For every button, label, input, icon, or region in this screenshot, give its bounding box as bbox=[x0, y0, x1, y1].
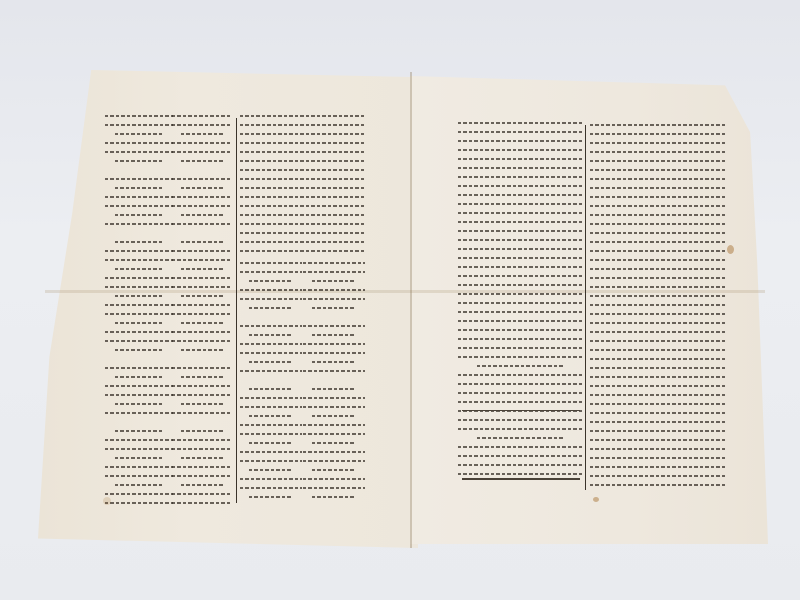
text-line bbox=[240, 316, 302, 318]
text-line bbox=[590, 169, 725, 171]
text-line bbox=[458, 302, 583, 304]
text-line bbox=[172, 421, 232, 423]
text-line bbox=[590, 403, 725, 405]
text-line bbox=[458, 257, 583, 259]
text-line bbox=[172, 466, 232, 468]
text-line bbox=[115, 484, 163, 486]
text-line bbox=[458, 338, 583, 340]
text-line bbox=[303, 424, 365, 426]
text-line bbox=[590, 196, 725, 198]
text-line bbox=[105, 475, 173, 477]
text-line bbox=[240, 169, 365, 171]
text-line bbox=[590, 268, 725, 270]
text-line bbox=[181, 295, 223, 297]
right-col-left bbox=[458, 122, 583, 490]
text-line bbox=[458, 167, 583, 169]
text-line bbox=[477, 437, 565, 439]
text-line bbox=[172, 502, 232, 504]
text-line bbox=[590, 376, 725, 378]
text-line bbox=[590, 187, 725, 189]
text-line bbox=[458, 401, 583, 403]
text-line bbox=[312, 415, 355, 417]
text-line bbox=[303, 397, 365, 399]
text-line bbox=[590, 349, 725, 351]
text-line bbox=[458, 446, 583, 448]
text-line bbox=[303, 406, 365, 408]
text-line bbox=[458, 356, 583, 358]
text-line bbox=[590, 421, 725, 423]
text-line bbox=[105, 142, 173, 144]
text-line bbox=[172, 259, 232, 261]
text-line bbox=[458, 230, 583, 232]
text-line bbox=[105, 304, 173, 306]
text-line bbox=[105, 277, 173, 279]
text-line bbox=[105, 205, 173, 207]
text-line bbox=[181, 403, 223, 405]
text-line bbox=[105, 358, 173, 360]
text-line bbox=[240, 160, 365, 162]
text-line bbox=[240, 205, 365, 207]
text-line bbox=[115, 160, 163, 162]
text-line bbox=[105, 259, 173, 261]
text-line bbox=[590, 313, 725, 315]
text-line bbox=[303, 487, 365, 489]
text-line bbox=[172, 412, 232, 414]
text-line bbox=[249, 361, 292, 363]
text-line bbox=[590, 250, 725, 252]
text-line bbox=[458, 149, 583, 151]
text-line bbox=[105, 115, 173, 117]
text-line bbox=[249, 469, 292, 471]
text-line bbox=[458, 275, 583, 277]
text-line bbox=[590, 430, 725, 432]
text-line bbox=[172, 178, 232, 180]
text-line bbox=[240, 250, 365, 252]
text-line bbox=[105, 367, 173, 369]
text-line bbox=[590, 358, 725, 360]
text-line bbox=[590, 241, 725, 243]
text-line bbox=[172, 385, 232, 387]
text-line bbox=[590, 151, 725, 153]
text-line bbox=[590, 304, 725, 306]
text-line bbox=[458, 347, 583, 349]
text-line bbox=[105, 493, 173, 495]
text-line bbox=[172, 115, 232, 117]
text-line bbox=[172, 448, 232, 450]
text-line bbox=[458, 455, 583, 457]
text-line bbox=[312, 307, 355, 309]
text-line bbox=[172, 340, 232, 342]
text-line bbox=[458, 383, 583, 385]
text-line bbox=[458, 185, 583, 187]
text-line bbox=[181, 322, 223, 324]
text-line bbox=[172, 205, 232, 207]
text-line bbox=[240, 451, 302, 453]
left-col-3-prose bbox=[240, 115, 365, 260]
text-line bbox=[240, 214, 365, 216]
text-line bbox=[303, 343, 365, 345]
text-line bbox=[240, 298, 302, 300]
text-line bbox=[590, 277, 725, 279]
section-divider bbox=[462, 410, 580, 411]
text-line bbox=[590, 412, 725, 414]
text-line bbox=[458, 311, 583, 313]
text-line bbox=[240, 232, 365, 234]
foxing-stain bbox=[727, 245, 734, 254]
text-line bbox=[181, 376, 223, 378]
text-line bbox=[590, 340, 725, 342]
text-line bbox=[458, 293, 583, 295]
text-line bbox=[105, 412, 173, 414]
text-line bbox=[303, 451, 365, 453]
text-line bbox=[172, 223, 232, 225]
text-line bbox=[249, 442, 292, 444]
text-line bbox=[105, 313, 173, 315]
text-line bbox=[590, 331, 725, 333]
text-line bbox=[240, 271, 302, 273]
text-line bbox=[458, 221, 583, 223]
foxing-stain bbox=[593, 497, 599, 502]
text-line bbox=[458, 194, 583, 196]
text-line bbox=[249, 334, 292, 336]
text-line bbox=[240, 124, 365, 126]
text-line bbox=[181, 349, 223, 351]
text-line bbox=[240, 133, 365, 135]
text-line bbox=[590, 475, 725, 477]
text-line bbox=[115, 214, 163, 216]
text-line bbox=[240, 262, 302, 264]
text-line bbox=[458, 248, 583, 250]
text-line bbox=[240, 397, 302, 399]
text-line bbox=[590, 367, 725, 369]
text-line bbox=[172, 304, 232, 306]
text-line bbox=[172, 277, 232, 279]
text-line bbox=[458, 419, 583, 421]
text-line bbox=[172, 493, 232, 495]
text-line bbox=[172, 358, 232, 360]
text-line bbox=[312, 442, 355, 444]
text-line bbox=[105, 439, 173, 441]
left-col-1 bbox=[105, 115, 173, 505]
text-line bbox=[240, 343, 302, 345]
text-line bbox=[115, 187, 163, 189]
text-line bbox=[105, 232, 173, 234]
text-line bbox=[303, 460, 365, 462]
text-line bbox=[303, 379, 365, 381]
text-line bbox=[458, 212, 583, 214]
text-line bbox=[105, 448, 173, 450]
text-line bbox=[115, 457, 163, 459]
text-line bbox=[240, 178, 365, 180]
text-line bbox=[115, 268, 163, 270]
text-line bbox=[590, 259, 725, 261]
text-line bbox=[590, 223, 725, 225]
text-line bbox=[249, 415, 292, 417]
text-line bbox=[590, 394, 725, 396]
text-line bbox=[458, 239, 583, 241]
text-line bbox=[115, 295, 163, 297]
foxing-stain bbox=[103, 497, 111, 505]
text-line bbox=[105, 223, 173, 225]
text-line bbox=[240, 370, 302, 372]
text-line bbox=[312, 469, 355, 471]
text-line bbox=[312, 361, 355, 363]
text-line bbox=[590, 322, 725, 324]
text-line bbox=[240, 424, 302, 426]
text-line bbox=[240, 487, 302, 489]
text-line bbox=[458, 266, 583, 268]
text-line bbox=[105, 394, 173, 396]
text-line bbox=[181, 430, 223, 432]
text-line bbox=[590, 124, 725, 126]
text-line bbox=[590, 142, 725, 144]
text-line bbox=[115, 241, 163, 243]
left-col-2 bbox=[172, 115, 232, 505]
text-line bbox=[181, 268, 223, 270]
text-line bbox=[240, 142, 365, 144]
text-line bbox=[240, 325, 302, 327]
text-line bbox=[590, 286, 725, 288]
text-line bbox=[458, 392, 583, 394]
text-line bbox=[458, 203, 583, 205]
text-line bbox=[105, 250, 173, 252]
text-line bbox=[240, 289, 302, 291]
text-line bbox=[240, 187, 365, 189]
text-line bbox=[105, 124, 173, 126]
text-line bbox=[590, 160, 725, 162]
text-line bbox=[240, 241, 365, 243]
text-line bbox=[458, 374, 583, 376]
text-line bbox=[249, 496, 292, 498]
text-line bbox=[312, 388, 355, 390]
text-line bbox=[172, 367, 232, 369]
text-line bbox=[590, 385, 725, 387]
text-line bbox=[105, 286, 173, 288]
right-col-right bbox=[590, 124, 725, 494]
text-line bbox=[590, 439, 725, 441]
text-line bbox=[303, 478, 365, 480]
text-line bbox=[240, 433, 302, 435]
text-line bbox=[303, 289, 365, 291]
text-line bbox=[312, 334, 355, 336]
text-line bbox=[240, 196, 365, 198]
text-line bbox=[105, 385, 173, 387]
text-line bbox=[240, 478, 302, 480]
text-line bbox=[181, 484, 223, 486]
text-line bbox=[590, 133, 725, 135]
text-line bbox=[458, 284, 583, 286]
text-line bbox=[105, 421, 173, 423]
text-line bbox=[181, 187, 223, 189]
text-line bbox=[240, 223, 365, 225]
text-line bbox=[249, 307, 292, 309]
text-line bbox=[458, 464, 583, 466]
text-line bbox=[181, 160, 223, 162]
text-line bbox=[303, 325, 365, 327]
text-line bbox=[181, 214, 223, 216]
text-line bbox=[105, 196, 173, 198]
text-line bbox=[312, 496, 355, 498]
text-line bbox=[590, 178, 725, 180]
text-line bbox=[240, 460, 302, 462]
text-line bbox=[303, 370, 365, 372]
text-line bbox=[303, 352, 365, 354]
text-line bbox=[590, 214, 725, 216]
text-line bbox=[172, 439, 232, 441]
text-line bbox=[172, 169, 232, 171]
text-line bbox=[181, 457, 223, 459]
center-spine-fold bbox=[410, 72, 412, 548]
text-line bbox=[115, 349, 163, 351]
text-line bbox=[172, 286, 232, 288]
text-line bbox=[172, 313, 232, 315]
text-line bbox=[303, 262, 365, 264]
text-line bbox=[458, 158, 583, 160]
text-line bbox=[115, 133, 163, 135]
text-line bbox=[590, 205, 725, 207]
text-line bbox=[590, 295, 725, 297]
text-line bbox=[590, 484, 725, 486]
text-line bbox=[115, 322, 163, 324]
left-col-4 bbox=[303, 262, 365, 502]
text-line bbox=[105, 151, 173, 153]
text-line bbox=[458, 131, 583, 133]
text-line bbox=[172, 124, 232, 126]
text-line bbox=[249, 280, 292, 282]
text-line bbox=[240, 406, 302, 408]
text-line bbox=[105, 466, 173, 468]
left-col-3b bbox=[240, 262, 302, 502]
text-line bbox=[172, 394, 232, 396]
text-line bbox=[172, 250, 232, 252]
text-line bbox=[249, 388, 292, 390]
text-line bbox=[240, 379, 302, 381]
text-line bbox=[105, 169, 173, 171]
text-line bbox=[240, 115, 365, 117]
text-line bbox=[115, 430, 163, 432]
text-line bbox=[181, 241, 223, 243]
text-line bbox=[105, 340, 173, 342]
text-line bbox=[105, 331, 173, 333]
text-line bbox=[115, 403, 163, 405]
text-line bbox=[172, 331, 232, 333]
text-line bbox=[458, 140, 583, 142]
text-line bbox=[458, 122, 583, 124]
text-line bbox=[458, 176, 583, 178]
text-line bbox=[105, 502, 173, 504]
text-line bbox=[458, 473, 583, 475]
text-line bbox=[303, 298, 365, 300]
text-line bbox=[105, 178, 173, 180]
right-column-rule bbox=[585, 125, 586, 490]
text-line bbox=[240, 352, 302, 354]
text-line bbox=[590, 466, 725, 468]
text-line bbox=[312, 280, 355, 282]
text-line bbox=[477, 365, 565, 367]
ornament-rule bbox=[462, 478, 580, 480]
text-line bbox=[181, 133, 223, 135]
text-line bbox=[172, 142, 232, 144]
text-line bbox=[172, 196, 232, 198]
text-line bbox=[590, 448, 725, 450]
text-line bbox=[172, 151, 232, 153]
left-column-rule bbox=[236, 118, 237, 503]
text-line bbox=[590, 232, 725, 234]
text-line bbox=[303, 433, 365, 435]
text-line bbox=[458, 329, 583, 331]
text-line bbox=[115, 376, 163, 378]
text-line bbox=[458, 428, 583, 430]
text-line bbox=[240, 151, 365, 153]
text-line bbox=[303, 316, 365, 318]
text-line bbox=[303, 271, 365, 273]
text-line bbox=[172, 232, 232, 234]
text-line bbox=[172, 475, 232, 477]
text-line bbox=[590, 457, 725, 459]
text-line bbox=[458, 320, 583, 322]
